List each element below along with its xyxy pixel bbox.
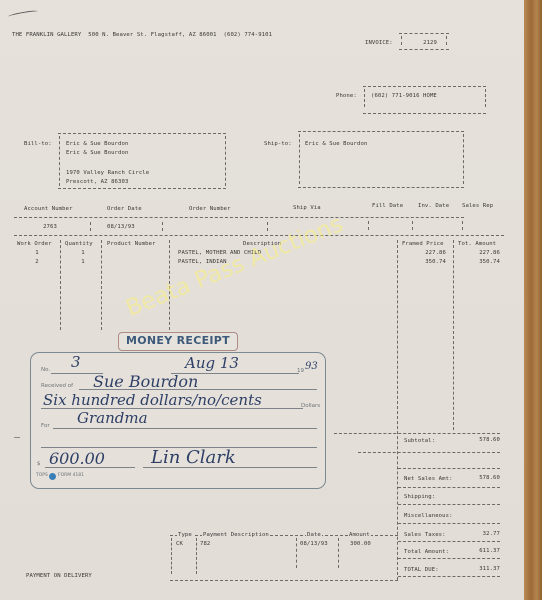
col-date: Date (306, 532, 322, 539)
phone-box-bottom (363, 113, 486, 114)
receipt-no-label: No. (41, 367, 50, 373)
account-number-value: 2763 (30, 224, 70, 231)
company-header: THE FRANKLIN GALLERY 500 N. Beaver St. F… (12, 32, 272, 39)
bill-to-label: Bill-to: (24, 141, 52, 148)
bill-to-box-right (225, 136, 226, 186)
tops-logo-icon (49, 473, 56, 480)
payment-type: CK (176, 541, 183, 548)
payments-sep (196, 538, 197, 574)
order-sep (412, 221, 413, 230)
totals-rule (358, 452, 500, 453)
wood-background (524, 0, 542, 600)
phone-box-left (364, 89, 365, 107)
payments-sep (338, 538, 339, 568)
items-sep (397, 240, 398, 580)
order-sep (267, 222, 268, 231)
bill-to-line: Prescott, AZ 86303 (66, 179, 128, 186)
receipt-no-value: 3 (71, 353, 81, 371)
form-number: FORM 4181 (58, 473, 84, 478)
order-sep (162, 222, 163, 231)
invoice-paper: THE FRANKLIN GALLERY 500 N. Beaver St. F… (0, 0, 526, 600)
dollar-sign: $ (37, 461, 41, 467)
items-sep (60, 240, 61, 330)
invoice-box-left (401, 36, 402, 45)
work-order: 2 (30, 259, 44, 266)
ship-to-box-bottom (298, 187, 464, 188)
col-work-order: Work Order (17, 241, 52, 248)
bill-to-box-bottom (58, 188, 226, 189)
totals-rule (398, 468, 500, 469)
payments-sep (296, 538, 297, 568)
totals-rule (334, 433, 500, 434)
payments-bottom-rule (170, 580, 398, 581)
col-quantity: Quantity (65, 241, 93, 248)
invoice-box-bottom (399, 49, 449, 50)
subtotal-value: 578.60 (452, 437, 500, 444)
tops-label: TOPS (36, 473, 48, 478)
totals-rule (398, 558, 500, 559)
total-amount: 350.74 (452, 259, 500, 266)
work-order: 1 (30, 250, 44, 257)
amount-value: 600.00 (49, 449, 105, 468)
for-value: Grandma (77, 409, 148, 427)
payments-sep (171, 538, 172, 574)
sales-tax-label: Sales Taxes: (404, 532, 446, 539)
quantity: 1 (76, 250, 90, 257)
description: PASTEL, INDIAN (178, 259, 227, 266)
watermark: Beata Pass Auctions (122, 211, 347, 322)
amount-words: Six hundred dollars/no/cents (43, 391, 262, 409)
col-description: Description (243, 241, 281, 248)
bill-to-line: Eric & Sue Bourdon (66, 141, 128, 148)
payment-date: 08/13/93 (300, 541, 328, 548)
order-info-bottom-rule (14, 235, 504, 236)
bill-to-box-left (59, 136, 60, 186)
bill-to-line: Eric & Sue Bourdon (66, 150, 128, 157)
order-sep (368, 221, 369, 230)
invoice-label: INVOICE: (365, 40, 393, 47)
col-fill-date: Fill Date (372, 203, 403, 210)
for-label: For (41, 423, 50, 429)
net-sales-value: 578.60 (452, 475, 500, 482)
ship-to-box-top (298, 131, 464, 132)
total-due-label: TOTAL DUE: (404, 567, 439, 574)
signature: Lin Clark (151, 447, 236, 468)
col-amount: Amount (348, 532, 371, 539)
payment-description: 782 (200, 541, 210, 548)
framed-price: 350.74 (400, 259, 446, 266)
received-of-label: Received of (41, 383, 73, 389)
framed-price: 227.86 (400, 250, 446, 257)
total-amount-label: Total Amount: (404, 549, 449, 556)
bill-to-box-top (58, 133, 226, 134)
items-sep (169, 240, 170, 330)
col-account-number: Account Number (24, 206, 73, 213)
totals-rule (398, 504, 500, 505)
dollars-label: Dollars (301, 403, 320, 409)
order-date-value: 08/13/93 (107, 224, 135, 231)
col-order-date: Order Date (107, 206, 142, 213)
col-framed-price: Framed Price (402, 241, 444, 248)
ship-to-box-left (299, 134, 300, 184)
shipping-label: Shipping: (404, 494, 435, 501)
payment-terms: PAYMENT ON DELIVERY (26, 573, 92, 580)
totals-rule (398, 523, 500, 524)
pen-mark (8, 9, 38, 18)
description: PASTEL, MOTHER AND CHILD (178, 250, 261, 257)
total-amount-value: 611.37 (452, 548, 500, 555)
phone-label: Phone: (336, 93, 357, 100)
items-sep (101, 240, 102, 330)
order-info-top-rule (14, 217, 464, 218)
col-sales-rep: Sales Rep (462, 203, 493, 210)
ship-to-label: Ship-to: (264, 141, 292, 148)
invoice-box-top (399, 33, 449, 34)
total-amount: 227.86 (452, 250, 500, 257)
sales-tax-value: 32.77 (452, 531, 500, 538)
col-ship-via: Ship Via (293, 205, 321, 212)
col-order-number: Order Number (189, 206, 231, 213)
invoice-number: 2129 (405, 40, 437, 47)
payment-amount: 300.00 (350, 541, 371, 548)
ship-to-line: Eric & Sue Bourdon (305, 141, 367, 148)
phone-value: (602) 771-9016 HOME (371, 93, 437, 100)
receipt-date-value: Aug 13 (185, 354, 239, 372)
bill-to-line: 1970 Valley Ranch Circle (66, 170, 149, 177)
money-receipt: No. 3 Aug 13 19 93 Received of Sue Bourd… (30, 352, 326, 489)
edge-mark (14, 437, 20, 438)
col-product-number: Product Number (107, 241, 156, 248)
misc-label: Miscellaneous: (404, 513, 453, 520)
order-sep (462, 221, 463, 230)
ship-to-box-right (463, 134, 464, 184)
col-inv-date: Inv. Date (418, 203, 449, 210)
col-payment-description: Payment Description (202, 532, 270, 539)
quantity: 1 (76, 259, 90, 266)
totals-rule (398, 487, 500, 488)
received-of-value: Sue Bourdon (93, 372, 198, 391)
receipt-year-value: 93 (305, 361, 318, 372)
receipt-year-prefix: 19 (297, 368, 304, 374)
items-sep (453, 240, 454, 430)
subtotal-label: Subtotal: (404, 438, 435, 445)
receipt-line (53, 428, 317, 429)
col-total-amount: Tot. Amount (458, 241, 496, 248)
order-sep (90, 222, 91, 231)
col-type: Type (177, 532, 193, 539)
total-due-value: 311.37 (452, 566, 500, 573)
totals-rule (398, 576, 500, 577)
money-receipt-title: MONEY RECEIPT (118, 332, 238, 351)
phone-box-top (363, 86, 486, 87)
totals-rule (398, 541, 500, 542)
phone-box-right (485, 89, 486, 107)
net-sales-label: Net Sales Amt: (404, 476, 453, 483)
invoice-box-right (446, 36, 447, 45)
